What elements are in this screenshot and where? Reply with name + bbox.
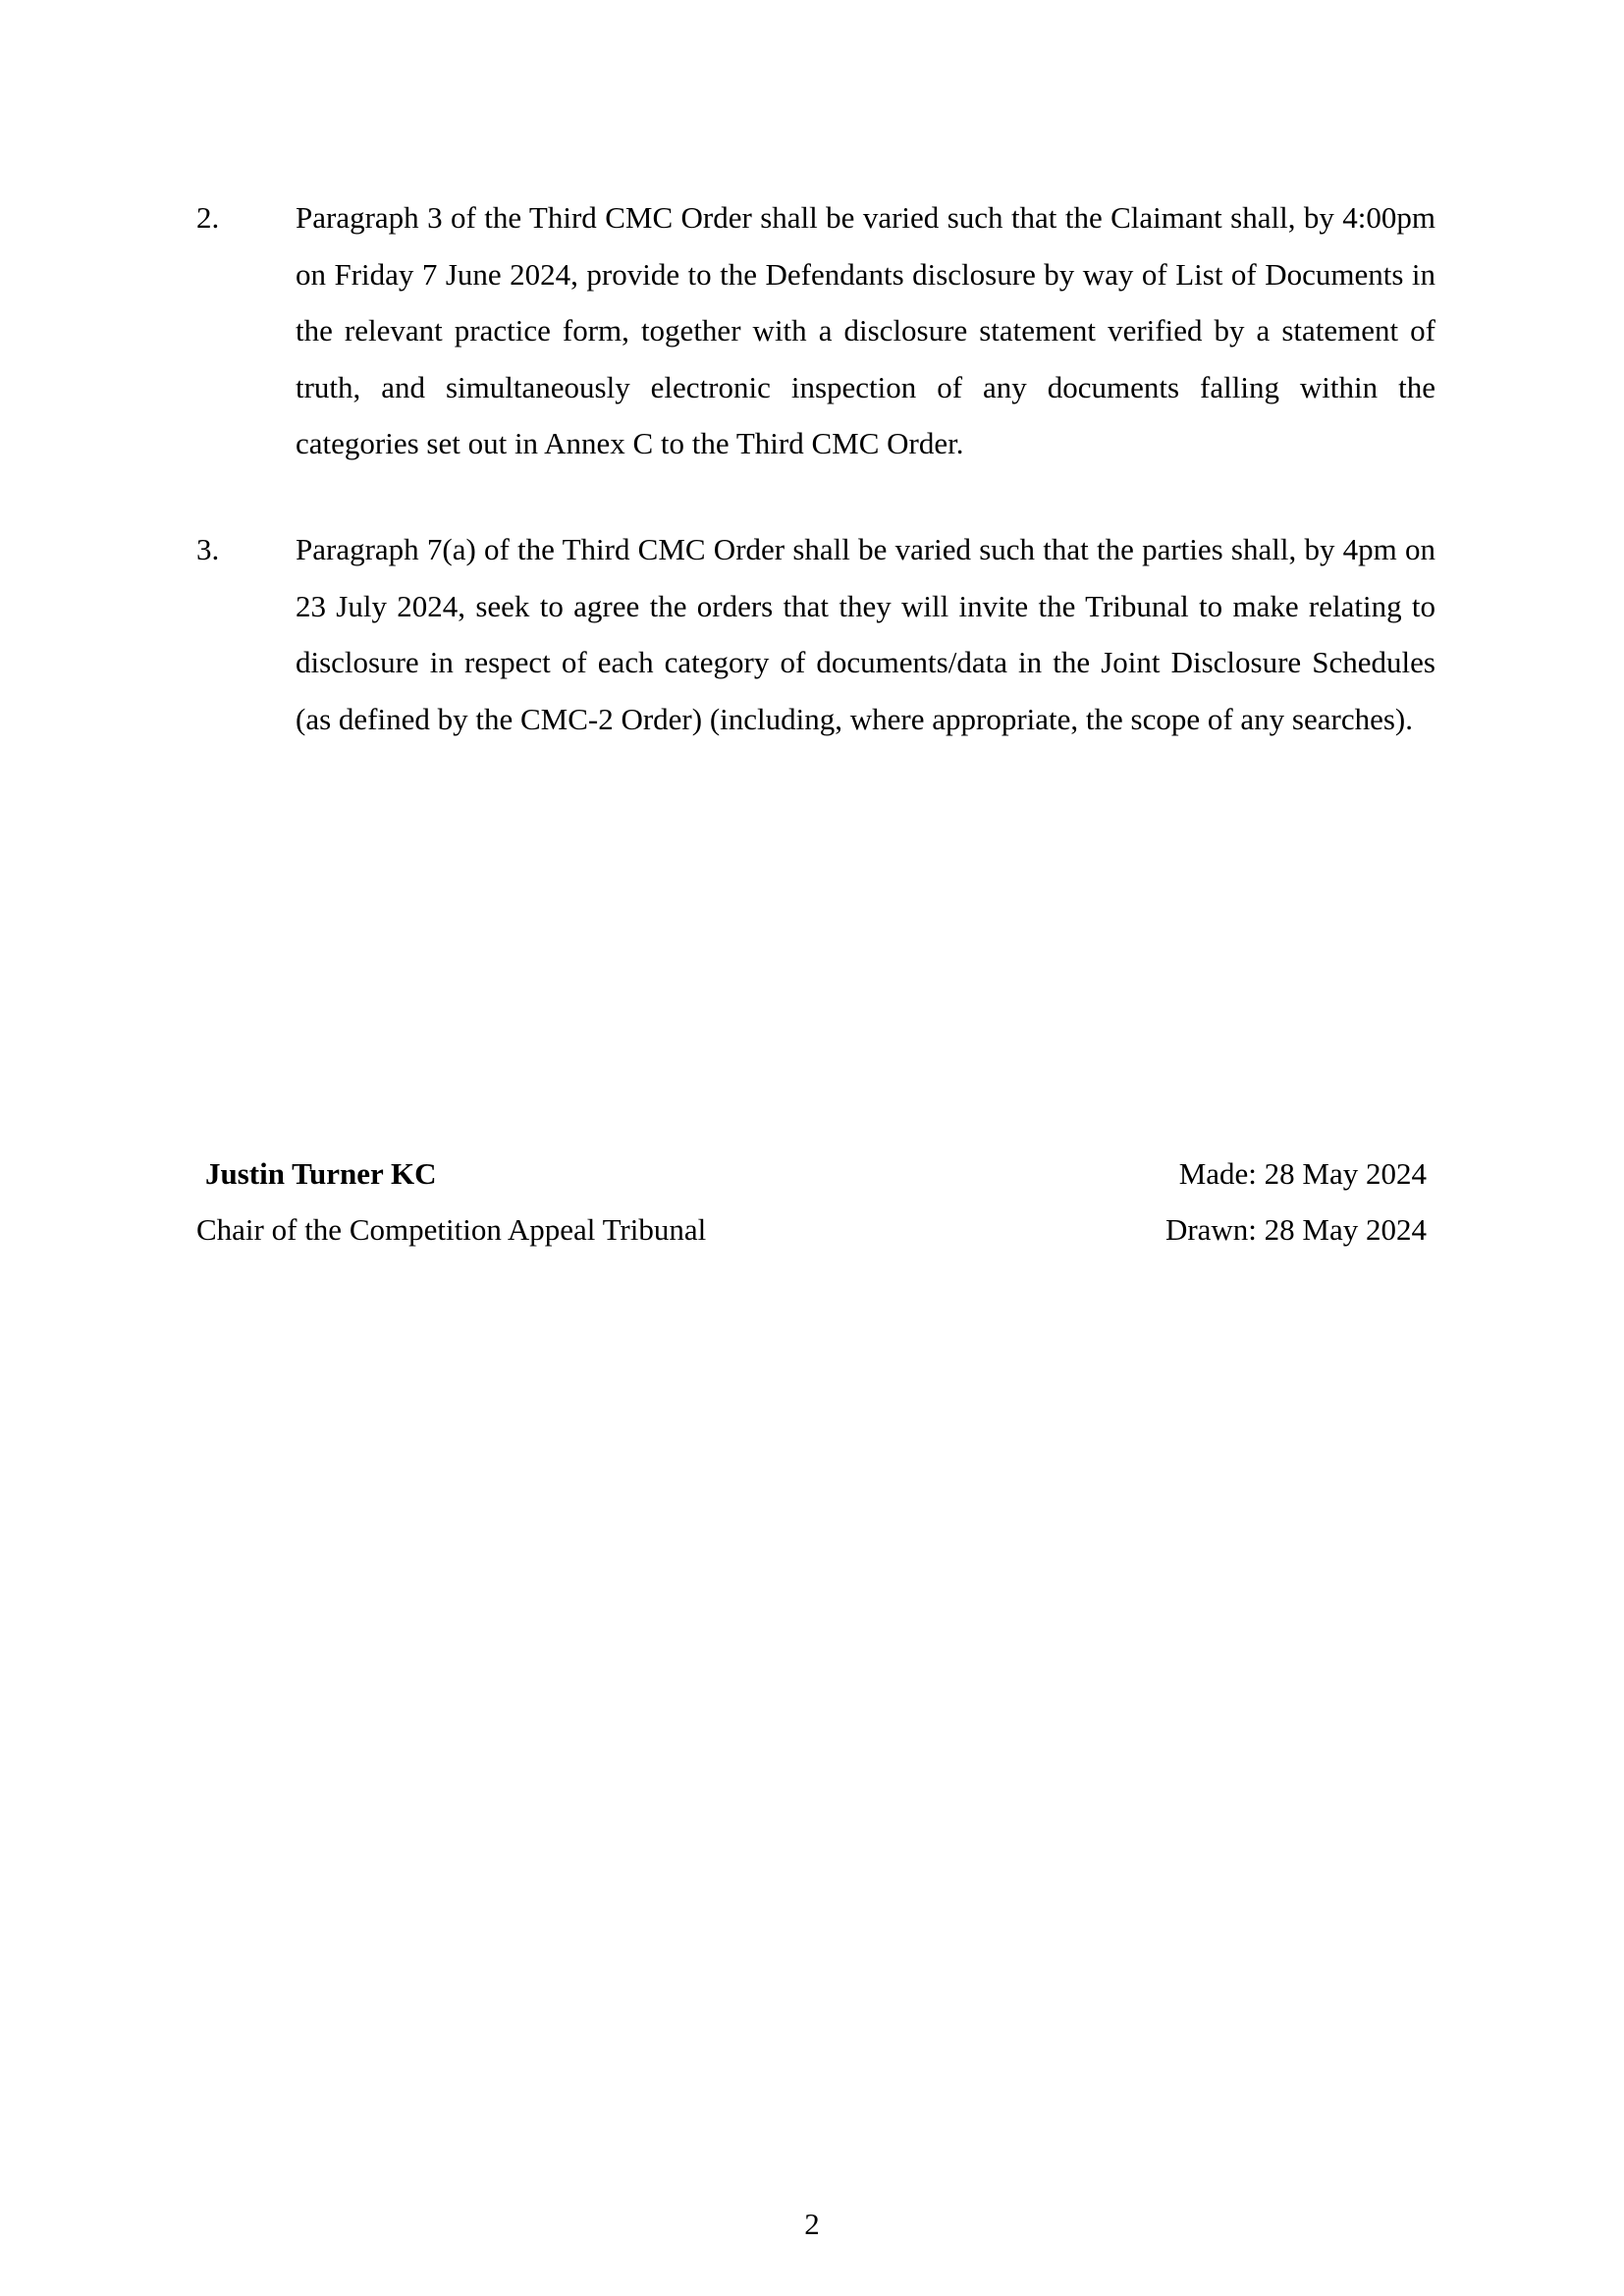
signatory-name: Justin Turner KC [205, 1146, 436, 1201]
paragraph-number: 3. [196, 521, 219, 578]
order-paragraph-2: 2. Paragraph 3 of the Third CMC Order sh… [196, 189, 1435, 472]
paragraph-number: 2. [196, 189, 219, 246]
made-date: Made: 28 May 2024 [1179, 1146, 1427, 1201]
paragraph-text: Paragraph 3 of the Third CMC Order shall… [296, 189, 1435, 472]
signatory-title: Chair of the Competition Appeal Tribunal [196, 1201, 706, 1257]
paragraph-text: Paragraph 7(a) of the Third CMC Order sh… [296, 521, 1435, 747]
order-paragraph-3: 3. Paragraph 7(a) of the Third CMC Order… [196, 521, 1435, 747]
drawn-date: Drawn: 28 May 2024 [1165, 1201, 1427, 1257]
page-number: 2 [0, 2207, 1624, 2242]
